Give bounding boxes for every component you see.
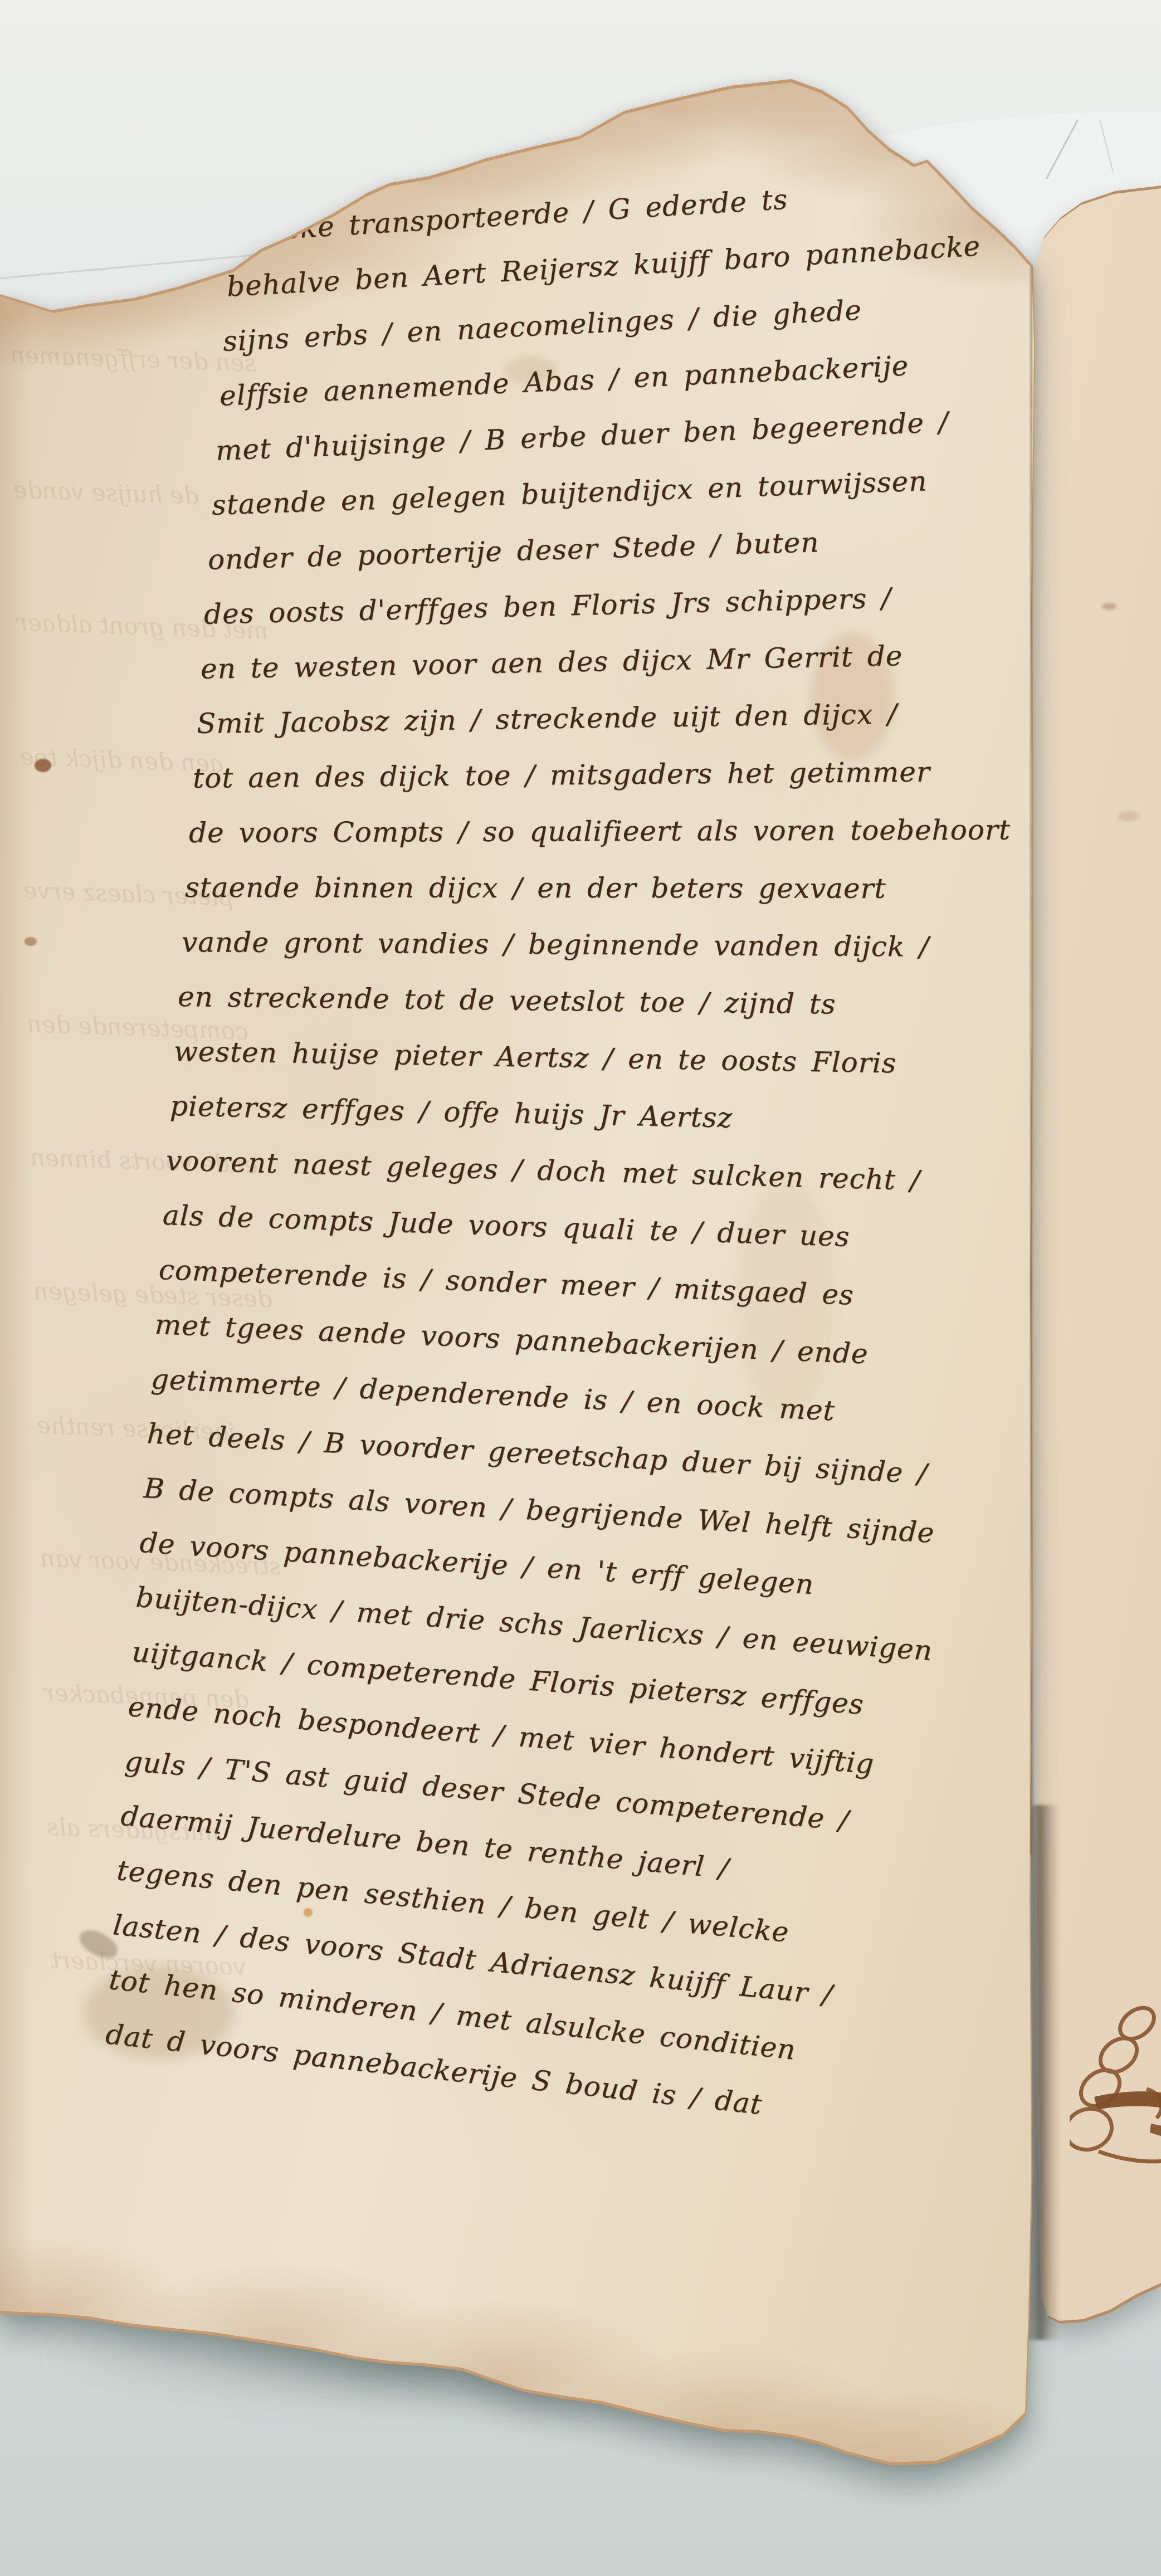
manuscript-paper: sen der erffgenamende huijse vandemet de… xyxy=(0,0,1161,2576)
manuscript-page: sen der erffgenamende huijse vandemet de… xyxy=(0,0,1161,2576)
manuscript-line: westen huijse pieter Aertsz / en te oost… xyxy=(174,1035,897,1080)
manuscript-line: des oosts d'erffges ben Floris Jrs schip… xyxy=(204,582,892,630)
manuscript-line: tot aen des dijck toe / mitsgaders het g… xyxy=(193,755,930,794)
manuscript-line: staende binnen dijcx / en der beters gex… xyxy=(185,871,886,905)
manuscript-line: Welcke transporteerde / G ederde ts xyxy=(230,183,789,248)
manuscript-line: voorent naest geleges / doch met sulcken… xyxy=(166,1144,921,1197)
manuscript-line: onder de poorterije deser Stede / buten xyxy=(207,526,819,576)
manuscript-line: en streckende tot de veetslot toe / zijn… xyxy=(177,980,836,1021)
manuscript-line: sijns erbs / en naecomelinges / die ghed… xyxy=(222,294,863,358)
manuscript-line: getimmerte / dependerende is / en oock m… xyxy=(150,1363,836,1427)
manuscript-line: met tgees aende voors pannebackerijen / … xyxy=(154,1308,869,1370)
page-fore-edge-line xyxy=(1030,267,1032,1855)
manuscript-line: staende en gelegen buijtendijcx en tourw… xyxy=(211,465,928,521)
manuscript-line: en te westen voor aen des dijcx Mr Gerri… xyxy=(200,640,903,685)
manuscript-text: Welcke transporteerde / G ederde tsbehal… xyxy=(0,0,1161,2576)
manuscript-line: met d'huijsinge / B erbe duer ben begeer… xyxy=(215,406,949,467)
manuscript-line: vande gront vandies / beginnende vanden … xyxy=(181,926,929,963)
manuscript-line: elffsie aennemende Abas / en pannebacker… xyxy=(218,349,909,412)
manuscript-photo: sen der erffgenamende huijse vandemet de… xyxy=(0,0,1161,2576)
manuscript-line: pietersz erffges / offe huijs Jr Aertsz xyxy=(170,1090,733,1134)
manuscript-line: Smit Jacobsz zijn / streckende uijt den … xyxy=(196,698,897,740)
manuscript-line: als de compts Jude voors quali te / duer… xyxy=(162,1199,850,1253)
manuscript-line: de voors Compts / so qualifieert als vor… xyxy=(189,814,1011,849)
manuscript-line: competerende is / sonder meer / mitsgaed… xyxy=(158,1253,855,1311)
